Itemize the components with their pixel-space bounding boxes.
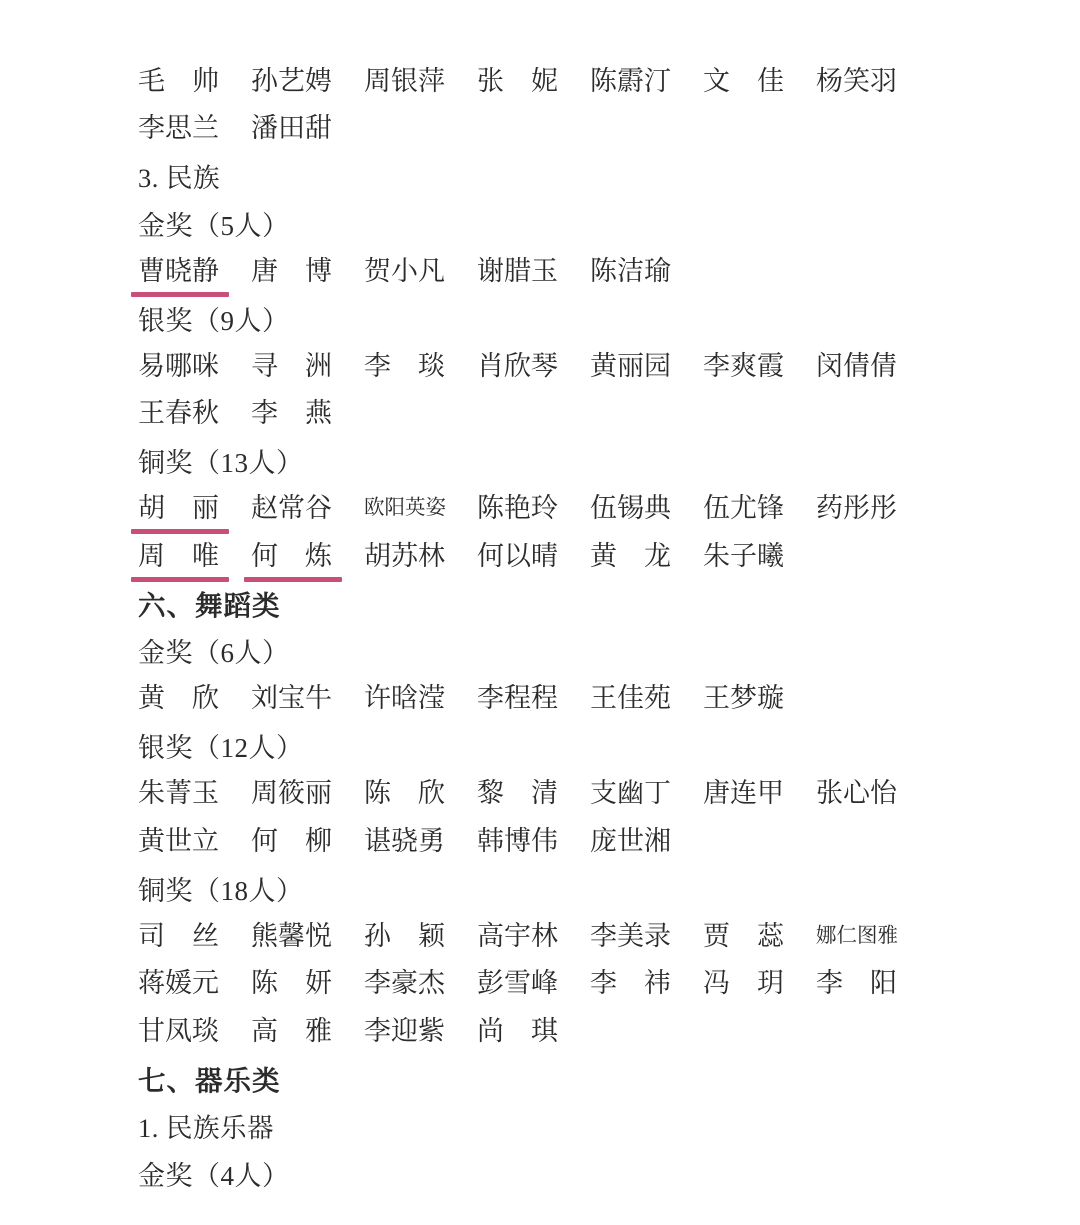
- winner-name-cell: 毛帅: [138, 65, 219, 97]
- winner-name-cell: 孙颖: [364, 920, 445, 952]
- winner-name-cell: 赵常谷: [251, 492, 332, 524]
- winner-name-cell: 唐连甲: [703, 777, 784, 809]
- award-winner-name: 周唯: [138, 540, 219, 572]
- winner-name-cell: 李阳: [816, 967, 897, 999]
- winner-name-cell: 黎清: [477, 777, 558, 809]
- winner-name-cell: 朱菁玉: [138, 777, 219, 809]
- award-winner-name: 李程程: [477, 682, 558, 714]
- award-count-label: 金奖（6人）: [138, 631, 290, 670]
- award-winner-name: 王梦璇: [703, 682, 784, 714]
- winner-name-cell: 曹晓静: [138, 255, 219, 287]
- award-winner-name: 张心怡: [816, 777, 897, 809]
- winner-name-cell: 易哪咪: [138, 350, 219, 382]
- winner-name-cell: 欧阳英姿: [364, 492, 445, 524]
- category-heading: 七、器乐类: [138, 1058, 281, 1098]
- award-winner-name: 贺小凡: [364, 255, 445, 287]
- award-winner-name: 王春秋: [138, 397, 219, 429]
- names-row: 胡丽赵常谷欧阳英姿陈艳玲伍锡典伍尤锋药彤彤: [138, 485, 1040, 533]
- winner-name-cell: 周银萍: [364, 65, 445, 97]
- award-winner-name: 何炼: [251, 540, 332, 572]
- award-winner-name: 李阳: [816, 967, 897, 999]
- award-winner-name: 孙颖: [364, 920, 445, 952]
- category-heading: 六、舞蹈类: [138, 583, 281, 623]
- award-winner-name: 高雅: [251, 1015, 332, 1047]
- award-winner-name: 蒋媛元: [138, 967, 219, 999]
- winner-name-cell: 朱子曦: [703, 540, 784, 572]
- award-winner-name: 何以晴: [477, 540, 558, 572]
- winner-name-cell: 李思兰: [138, 112, 219, 144]
- award-winner-name: 潘田甜: [251, 112, 332, 144]
- award-winner-name: 黄龙: [590, 540, 671, 572]
- winner-name-cell: 李美录: [590, 920, 671, 952]
- winner-name-cell: 娜仁图雅: [816, 920, 897, 952]
- winner-name-cell: 冯玥: [703, 967, 784, 999]
- award-winner-name: 毛帅: [138, 65, 219, 97]
- award-winner-name: 孙艺娉: [251, 65, 332, 97]
- award-winner-name: 许晗滢: [364, 682, 445, 714]
- award-winner-name: 黄丽园: [590, 350, 671, 382]
- award-winner-name: 黄世立: [138, 825, 219, 857]
- winner-name-cell: 李爽霞: [703, 350, 784, 382]
- winner-name-cell: 王春秋: [138, 397, 219, 429]
- names-row: 易哪咪寻洲李琰肖欣琴黄丽园李爽霞闵倩倩: [138, 342, 1040, 390]
- names-row: 黄欣刘宝牛许晗滢李程程王佳苑王梦璇: [138, 675, 1040, 723]
- award-count-label: 银奖（9人）: [138, 299, 290, 338]
- award-winner-name: 黎清: [477, 777, 558, 809]
- winner-name-cell: 药彤彤: [816, 492, 897, 524]
- winner-name-cell: 黄龙: [590, 540, 671, 572]
- award-winner-name: 高宇林: [477, 920, 558, 952]
- award-winner-name: 曹晓静: [138, 255, 219, 287]
- winner-name-cell: 李祎: [590, 967, 671, 999]
- award-winner-name: 庞世湘: [590, 825, 671, 857]
- award-winner-name: 谢腊玉: [477, 255, 558, 287]
- award-count-label: 铜奖（13人）: [138, 441, 304, 480]
- awards-list: 毛帅孙艺娉周银萍张妮陈霨汀文佳杨笑羽李思兰潘田甜3. 民族金奖（5人）曹晓静唐博…: [0, 0, 1080, 1197]
- award-winner-name: 药彤彤: [816, 492, 897, 524]
- award-winner-name: 陈妍: [251, 967, 332, 999]
- winner-name-cell: 王佳苑: [590, 682, 671, 714]
- award-winner-name: 甘凤琰: [138, 1015, 219, 1047]
- names-row: 王春秋李燕: [138, 390, 1040, 438]
- award-winner-name: 彭雪峰: [477, 967, 558, 999]
- names-row: 甘凤琰高雅李迎紫尚琪: [138, 1007, 1040, 1055]
- award-winner-name: 李琰: [364, 350, 445, 382]
- winner-name-cell: 庞世湘: [590, 825, 671, 857]
- winner-name-cell: 支幽丁: [590, 777, 671, 809]
- award-winner-name: 黄欣: [138, 682, 219, 714]
- award-winner-name: 朱菁玉: [138, 777, 219, 809]
- winner-name-cell: 王梦璇: [703, 682, 784, 714]
- award-winner-name: 欧阳英姿: [364, 492, 445, 524]
- winner-name-cell: 伍锡典: [590, 492, 671, 524]
- subcategory-heading: 3. 民族: [138, 156, 220, 195]
- winner-name-cell: 潘田甜: [251, 112, 332, 144]
- award-winner-name: 闵倩倩: [816, 350, 897, 382]
- award-winner-name: 陈艳玲: [477, 492, 558, 524]
- winner-name-cell: 闵倩倩: [816, 350, 897, 382]
- winner-name-cell: 张心怡: [816, 777, 897, 809]
- winner-name-cell: 贾蕊: [703, 920, 784, 952]
- award-winner-name: 司丝: [138, 920, 219, 952]
- winner-name-cell: 肖欣琴: [477, 350, 558, 382]
- winner-name-cell: 李迎紫: [364, 1015, 445, 1047]
- winner-name-cell: 高雅: [251, 1015, 332, 1047]
- subcategory-heading: 1. 民族乐器: [138, 1106, 274, 1145]
- winner-name-cell: 高宇林: [477, 920, 558, 952]
- winner-name-cell: 贺小凡: [364, 255, 445, 287]
- winner-name-cell: 何以晴: [477, 540, 558, 572]
- winner-name-cell: 张妮: [477, 65, 558, 97]
- winner-name-cell: 唐博: [251, 255, 332, 287]
- winner-name-cell: 文佳: [703, 65, 784, 97]
- winner-name-cell: 寻洲: [251, 350, 332, 382]
- winner-name-cell: 陈妍: [251, 967, 332, 999]
- award-winner-name: 李豪杰: [364, 967, 445, 999]
- award-winner-name: 李思兰: [138, 112, 219, 144]
- award-winner-name: 刘宝牛: [251, 682, 332, 714]
- award-winner-name: 张妮: [477, 65, 558, 97]
- highlight-underline: [131, 577, 229, 582]
- names-row: 毛帅孙艺娉周银萍张妮陈霨汀文佳杨笑羽: [138, 57, 1040, 105]
- names-row: 朱菁玉周筱丽陈欣黎清支幽丁唐连甲张心怡: [138, 770, 1040, 818]
- winner-name-cell: 李程程: [477, 682, 558, 714]
- names-row: 蒋媛元陈妍李豪杰彭雪峰李祎冯玥李阳: [138, 960, 1040, 1008]
- winner-name-cell: 陈霨汀: [590, 65, 671, 97]
- award-winner-name: 肖欣琴: [477, 350, 558, 382]
- award-winner-name: 寻洲: [251, 350, 332, 382]
- winner-name-cell: 黄丽园: [590, 350, 671, 382]
- award-winner-name: 尚琪: [477, 1015, 558, 1047]
- document-page: 毛帅孙艺娉周银萍张妮陈霨汀文佳杨笑羽李思兰潘田甜3. 民族金奖（5人）曹晓静唐博…: [0, 0, 1080, 1225]
- award-count-label: 铜奖（18人）: [138, 869, 304, 908]
- highlight-underline: [131, 292, 229, 297]
- award-winner-name: 支幽丁: [590, 777, 671, 809]
- award-winner-name: 娜仁图雅: [816, 920, 897, 952]
- award-winner-name: 李迎紫: [364, 1015, 445, 1047]
- winner-name-cell: 尚琪: [477, 1015, 558, 1047]
- award-winner-name: 杨笑羽: [816, 65, 897, 97]
- award-winner-name: 贾蕊: [703, 920, 784, 952]
- award-winner-name: 冯玥: [703, 967, 784, 999]
- names-row: 曹晓静唐博贺小凡谢腊玉陈洁瑜: [138, 247, 1040, 295]
- award-winner-name: 李燕: [251, 397, 332, 429]
- winner-name-cell: 蒋媛元: [138, 967, 219, 999]
- award-winner-name: 陈霨汀: [590, 65, 671, 97]
- award-winner-name: 胡苏林: [364, 540, 445, 572]
- award-winner-name: 何柳: [251, 825, 332, 857]
- winner-name-cell: 胡苏林: [364, 540, 445, 572]
- winner-name-cell: 熊馨悦: [251, 920, 332, 952]
- names-row: 黄世立何柳谌骁勇韩博伟庞世湘: [138, 817, 1040, 865]
- winner-name-cell: 伍尤锋: [703, 492, 784, 524]
- award-winner-name: 文佳: [703, 65, 784, 97]
- winner-name-cell: 谌骁勇: [364, 825, 445, 857]
- winner-name-cell: 黄世立: [138, 825, 219, 857]
- winner-name-cell: 李琰: [364, 350, 445, 382]
- winner-name-cell: 韩博伟: [477, 825, 558, 857]
- winner-name-cell: 李燕: [251, 397, 332, 429]
- winner-name-cell: 甘凤琰: [138, 1015, 219, 1047]
- winner-name-cell: 陈欣: [364, 777, 445, 809]
- winner-name-cell: 陈艳玲: [477, 492, 558, 524]
- winner-name-cell: 谢腊玉: [477, 255, 558, 287]
- award-winner-name: 唐博: [251, 255, 332, 287]
- highlight-underline: [244, 577, 342, 582]
- award-winner-name: 唐连甲: [703, 777, 784, 809]
- winner-name-cell: 周筱丽: [251, 777, 332, 809]
- award-winner-name: 陈洁瑜: [590, 255, 671, 287]
- award-count-label: 金奖（4人）: [138, 1154, 290, 1193]
- award-count-label: 银奖（12人）: [138, 726, 304, 765]
- winner-name-cell: 彭雪峰: [477, 967, 558, 999]
- award-winner-name: 王佳苑: [590, 682, 671, 714]
- winner-name-cell: 周唯: [138, 540, 219, 572]
- award-winner-name: 伍锡典: [590, 492, 671, 524]
- winner-name-cell: 胡丽: [138, 492, 219, 524]
- award-winner-name: 李美录: [590, 920, 671, 952]
- award-winner-name: 伍尤锋: [703, 492, 784, 524]
- award-winner-name: 韩博伟: [477, 825, 558, 857]
- award-winner-name: 周银萍: [364, 65, 445, 97]
- names-row: 李思兰潘田甜: [138, 105, 1040, 153]
- winner-name-cell: 黄欣: [138, 682, 219, 714]
- award-winner-name: 熊馨悦: [251, 920, 332, 952]
- award-winner-name: 赵常谷: [251, 492, 332, 524]
- award-count-label: 金奖（5人）: [138, 204, 290, 243]
- winner-name-cell: 何炼: [251, 540, 332, 572]
- winner-name-cell: 陈洁瑜: [590, 255, 671, 287]
- names-row: 司丝熊馨悦孙颖高宇林李美录贾蕊娜仁图雅: [138, 912, 1040, 960]
- names-row: 周唯何炼胡苏林何以晴黄龙朱子曦: [138, 532, 1040, 580]
- winner-name-cell: 司丝: [138, 920, 219, 952]
- winner-name-cell: 许晗滢: [364, 682, 445, 714]
- award-winner-name: 李爽霞: [703, 350, 784, 382]
- award-winner-name: 易哪咪: [138, 350, 219, 382]
- award-winner-name: 谌骁勇: [364, 825, 445, 857]
- winner-name-cell: 杨笑羽: [816, 65, 897, 97]
- award-winner-name: 朱子曦: [703, 540, 784, 572]
- winner-name-cell: 孙艺娉: [251, 65, 332, 97]
- award-winner-name: 李祎: [590, 967, 671, 999]
- winner-name-cell: 刘宝牛: [251, 682, 332, 714]
- award-winner-name: 陈欣: [364, 777, 445, 809]
- award-winner-name: 周筱丽: [251, 777, 332, 809]
- highlight-underline: [131, 529, 229, 534]
- award-winner-name: 胡丽: [138, 492, 219, 524]
- winner-name-cell: 何柳: [251, 825, 332, 857]
- winner-name-cell: 李豪杰: [364, 967, 445, 999]
